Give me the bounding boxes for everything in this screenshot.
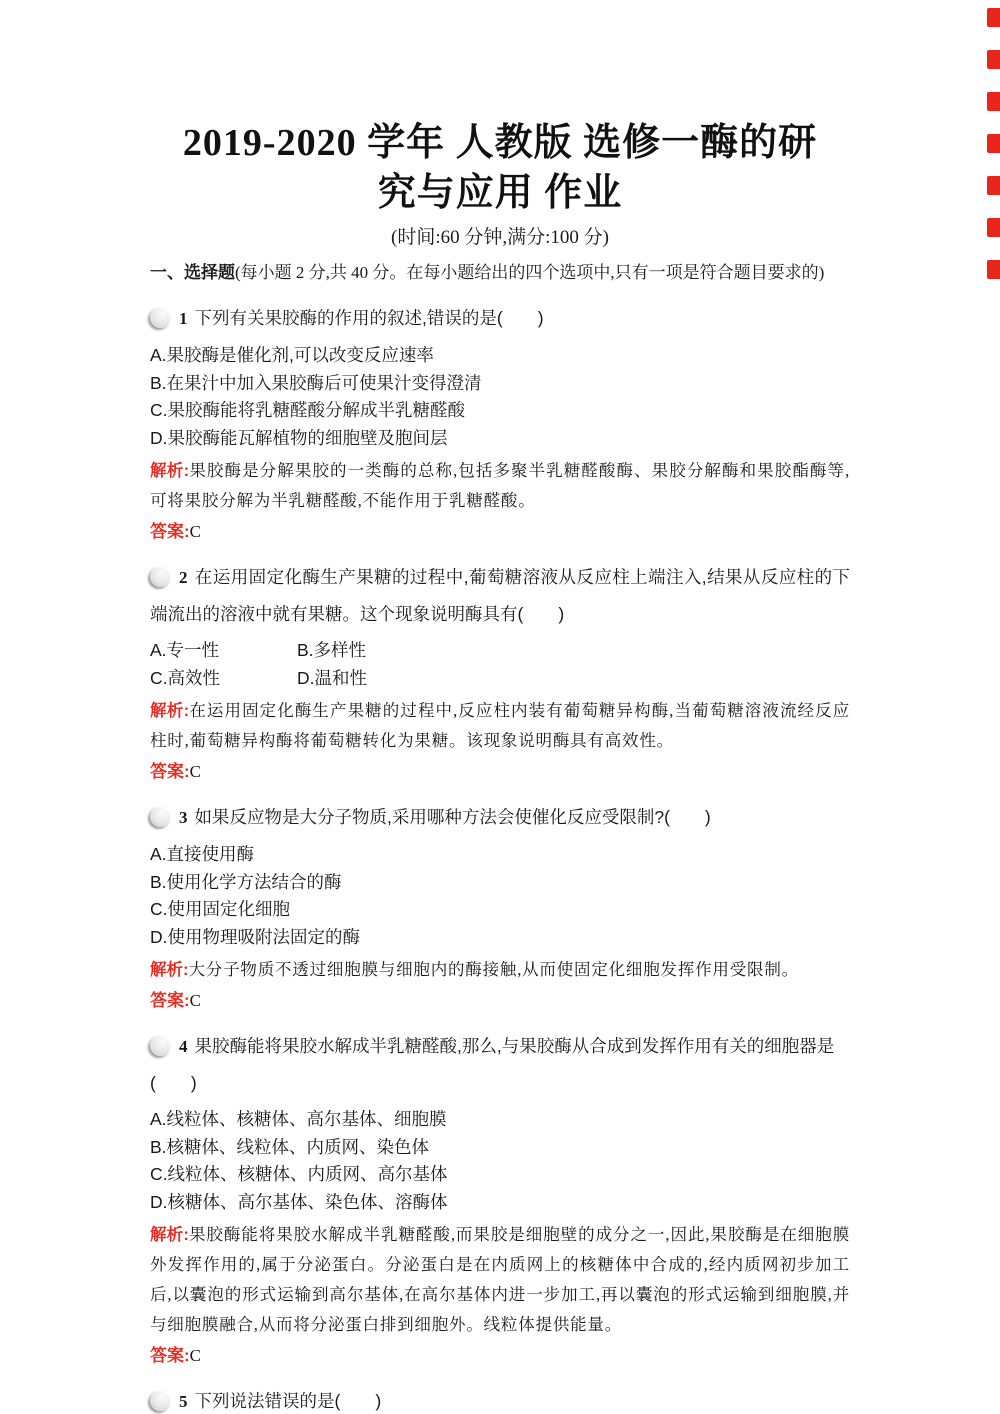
question-number: 4 [179,1037,188,1056]
answer-label: 答案: [150,522,190,541]
options-list: A.果胶酶是催化剂,可以改变反应速率 B.在果汁中加入果胶酶后可使果汁变得澄清 … [150,342,850,452]
question-stem: 2在运用固定化酶生产果糖的过程中,葡萄糖溶液从反应柱上端注入,结果从反应柱的下端… [150,559,850,632]
question-block-3: 3如果反应物是大分子物质,采用哪种方法会使催化反应受限制?( ) A.直接使用酶… [150,799,850,1014]
question-number: 1 [179,309,188,328]
page-title-line1: 2019-2020 学年 人教版 选修一酶的研 [183,122,817,164]
option-d: D.温和性 [297,665,570,693]
answer-line: 答案:C [150,1342,850,1369]
question-number: 2 [179,568,188,587]
question-stem-text: 果胶酶能将果胶水解成半乳糖醛酸,那么,与果胶酶从合成到发挥作用有关的细胞器是 [195,1036,835,1056]
section-line: 一、选择题(每小题 2 分,共 40 分。在每小题给出的四个选项中,只有一项是符… [150,260,850,286]
red-dash-mark [987,50,1000,69]
option-c: C.使用固定化细胞 [150,896,850,924]
answer-value: C [190,1346,201,1365]
analysis-text: 果胶酶能将果胶水解成半乳糖醛酸,而果胶是细胞壁的成分之一,因此,果胶酶是在细胞膜… [150,1225,850,1334]
analysis-label: 解析: [150,462,189,480]
question-stem-text: 下列有关果胶酶的作用的叙述,错误的是( ) [195,308,544,328]
analysis-text: 果胶酶是分解果胶的一类酶的总称,包括多聚半乳糖醛酸酶、果胶分解酶和果胶酯酶等,可… [150,461,850,510]
analysis-line: 解析:果胶酶是分解果胶的一类酶的总称,包括多聚半乳糖醛酸酶、果胶分解酶和果胶酯酶… [150,456,850,516]
analysis-label: 解析: [150,702,189,720]
option-d: D.果胶酶能瓦解植物的细胞壁及胞间层 [150,425,850,453]
answer-line: 答案:C [150,758,850,785]
section-heading: 一、选择题 [150,263,235,282]
answer-value: C [190,762,201,781]
question-stem-text: 如果反应物是大分子物质,采用哪种方法会使催化反应受限制?( ) [195,807,711,827]
section-note: (每小题 2 分,共 40 分。在每小题给出的四个选项中,只有一项是符合题目要求… [235,263,824,282]
option-a: A.果胶酶是催化剂,可以改变反应速率 [150,342,850,370]
red-dash-mark [987,260,1000,279]
options-grid: A.专一性 B.多样性 C.高效性 D.温和性 [150,637,570,692]
analysis-line: 解析:大分子物质不透过细胞膜与细胞内的酶接触,从而使固定化细胞发挥作用受限制。 [150,955,850,985]
question-block-5: 5下列说法错误的是( ) [150,1383,850,1414]
answer-label: 答案: [150,1346,190,1365]
red-dash-mark [987,92,1000,111]
question-stem-parens: ( ) [150,1065,850,1101]
option-b: B.在果汁中加入果胶酶后可使果汁变得澄清 [150,370,850,398]
answer-label: 答案: [150,991,190,1010]
analysis-line: 解析:在运用固定化酶生产果糖的过程中,反应柱内装有葡萄糖异构酶,当葡萄糖溶液流经… [150,696,850,756]
red-dash-mark [987,134,1000,153]
page-title: 2019-2020 学年 人教版 选修一酶的研究与应用 作业 [150,118,850,218]
question-number: 3 [179,808,188,827]
page-title-line2: 究与应用 作业 [378,172,623,214]
analysis-label: 解析: [150,1226,189,1244]
red-dash-mark [987,218,1000,237]
question-stem: 4果胶酶能将果胶水解成半乳糖醛酸,那么,与果胶酶从合成到发挥作用有关的细胞器是 [150,1028,850,1065]
question-number: 5 [179,1392,188,1411]
question-stem: 3如果反应物是大分子物质,采用哪种方法会使催化反应受限制?( ) [150,799,850,836]
option-a: A.专一性 [150,637,297,665]
answer-line: 答案:C [150,987,850,1014]
question-block-1: 1下列有关果胶酶的作用的叙述,错误的是( ) A.果胶酶是催化剂,可以改变反应速… [150,300,850,545]
red-dash-mark [987,8,1000,27]
option-c: C.高效性 [150,665,297,693]
question-block-2: 2在运用固定化酶生产果糖的过程中,葡萄糖溶液从反应柱上端注入,结果从反应柱的下端… [150,559,850,785]
question-stem-text: 下列说法错误的是( ) [195,1391,382,1411]
option-d: D.核糖体、高尔基体、染色体、溶酶体 [150,1189,850,1217]
question-stem-text: 在运用固定化酶生产果糖的过程中,葡萄糖溶液从反应柱上端注入,结果从反应柱的下端流… [150,567,850,624]
question-stem: 1下列有关果胶酶的作用的叙述,错误的是( ) [150,300,850,337]
answer-line: 答案:C [150,518,850,545]
document-page: 2019-2020 学年 人教版 选修一酶的研究与应用 作业 (时间:60 分钟… [0,0,1000,1414]
question-ball-icon [150,1035,171,1056]
question-block-4: 4果胶酶能将果胶水解成半乳糖醛酸,那么,与果胶酶从合成到发挥作用有关的细胞器是 … [150,1028,850,1369]
analysis-line: 解析:果胶酶能将果胶水解成半乳糖醛酸,而果胶是细胞壁的成分之一,因此,果胶酶是在… [150,1220,850,1340]
option-a: A.线粒体、核糖体、高尔基体、细胞膜 [150,1106,850,1134]
answer-label: 答案: [150,762,190,781]
option-c: C.果胶酶能将乳糖醛酸分解成半乳糖醛酸 [150,397,850,425]
analysis-label: 解析: [150,961,189,979]
analysis-text: 在运用固定化酶生产果糖的过程中,反应柱内装有葡萄糖异构酶,当葡萄糖溶液流经反应柱… [150,701,850,750]
option-b: B.多样性 [297,637,570,665]
exam-info: (时间:60 分钟,满分:100 分) [150,226,850,250]
question-stem: 5下列说法错误的是( ) [150,1383,850,1414]
question-ball-icon [150,566,171,587]
option-d: D.使用物理吸附法固定的酶 [150,924,850,952]
question-ball-icon [150,1390,171,1411]
red-dash-mark [987,176,1000,195]
option-b: B.核糖体、线粒体、内质网、染色体 [150,1134,850,1162]
option-a: A.直接使用酶 [150,841,850,869]
question-ball-icon [150,307,171,328]
analysis-text: 大分子物质不透过细胞膜与细胞内的酶接触,从而使固定化细胞发挥作用受限制。 [189,960,799,979]
option-c: C.线粒体、核糖体、内质网、高尔基体 [150,1161,850,1189]
answer-value: C [190,991,201,1010]
options-list: A.直接使用酶 B.使用化学方法结合的酶 C.使用固定化细胞 D.使用物理吸附法… [150,841,850,951]
answer-value: C [190,522,201,541]
option-b: B.使用化学方法结合的酶 [150,869,850,897]
options-list: A.线粒体、核糖体、高尔基体、细胞膜 B.核糖体、线粒体、内质网、染色体 C.线… [150,1106,850,1216]
question-ball-icon [150,806,171,827]
